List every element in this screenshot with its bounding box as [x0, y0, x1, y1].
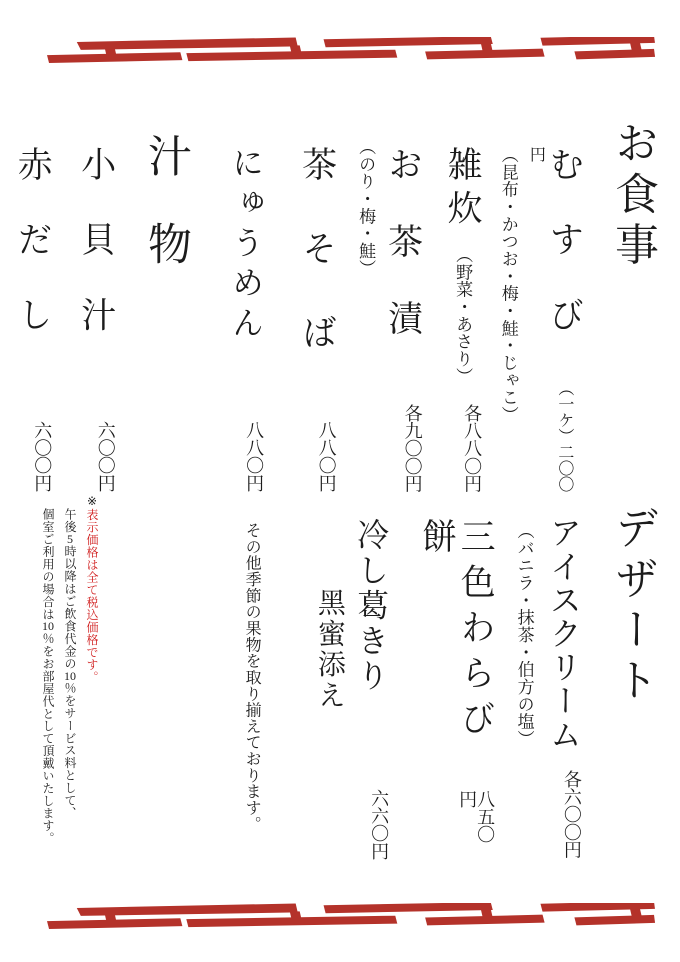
item-price: 六〇〇円 [76, 421, 115, 492]
item-name-column: お茶漬 各九〇〇円 [383, 112, 422, 492]
item-name: 赤だし [13, 146, 52, 372]
item-price: 各九〇〇円 [383, 404, 422, 492]
item-name: むすび [545, 146, 584, 372]
item-name: 茶そば [297, 146, 336, 398]
item-name: にゅうめん [228, 146, 263, 346]
item-name-column: 冷し葛きり 六六〇円 [353, 500, 388, 860]
room-charge-notice-line: 個室ご利用の場合は10％をお部屋代として頂戴いたします。 [40, 494, 55, 860]
decorative-border-top [45, 37, 657, 67]
item-note: （のり・梅・鮭） [356, 112, 376, 458]
item-name: お茶漬 [383, 146, 422, 377]
menu-item-akadashi: 赤だし 六〇〇円 [13, 112, 52, 458]
item-name: 冷し葛きり [353, 518, 388, 694]
item-name: 小貝汁 [76, 146, 115, 372]
menu-item-ochazuke: お茶漬 各九〇〇円 （のり・梅・鮭） [356, 112, 422, 458]
item-price: 八八〇円 [297, 421, 336, 492]
tax-notice-text: 表示価格は全て税込価格です。 [85, 508, 99, 683]
item-price: 八八〇円 [228, 421, 263, 492]
item-price: 各六〇〇円 [546, 770, 581, 858]
meals-heading: お食事 [609, 112, 655, 458]
item-name-column: アイスクリーム 各六〇〇円 [546, 500, 581, 858]
menu-item-zosui: 雑炊（野菜・あさり） 各八八〇円 [443, 112, 482, 458]
item-name: アイスクリーム [546, 516, 581, 751]
menu-item-nyumen: にゅうめん 八八〇円 [228, 112, 263, 458]
tax-notice-line: ※表示価格は全て税込価格です。 [84, 494, 99, 846]
item-note: （野菜・あさり） [453, 246, 472, 385]
item-subtitle: 黑蜜添え [314, 588, 345, 711]
item-price: 六六〇円 [353, 789, 388, 860]
menu-item-musubi: むすび（一ケ）二〇〇円 （昆布・かつお・梅・鮭・じゃこ） [498, 112, 583, 458]
item-price: 八五〇円 [417, 790, 494, 860]
menu-item-chasoba: 茶そば 八八〇円 [297, 112, 336, 458]
desserts-heading: デザート [609, 500, 655, 842]
menu-item-kogaijiru: 小貝汁 六〇〇円 [76, 112, 115, 458]
soups-heading: 汁物 [142, 112, 188, 458]
meals-section: お食事 むすび（一ケ）二〇〇円 （昆布・かつお・梅・鮭・じゃこ） 雑炊（野菜・あ… [0, 112, 655, 458]
menu-page: お食事 むすび（一ケ）二〇〇円 （昆布・かつお・梅・鮭・じゃこ） 雑炊（野菜・あ… [0, 0, 680, 962]
service-charge-notice-line: 午後5時以降はご飲食代金の10％をサービス料として、 [62, 494, 77, 860]
desserts-section: デザート アイスクリーム 各六〇〇円 （バニラ・抹茶・伯方の塩） 三色わらび餅 … [243, 500, 656, 842]
item-price: 各八八〇円 [443, 404, 482, 492]
price-notice: ※表示価格は全て税込価格です。 午後5時以降はご飲食代金の10％をサービス料とし… [40, 494, 99, 846]
item-name-column: むすび（一ケ）二〇〇円 [527, 112, 583, 492]
notice-marker: ※ [85, 494, 99, 508]
item-note: （昆布・かつお・梅・鮭・じゃこ） [498, 112, 518, 458]
menu-item-warabimochi: 三色わらび餅 八五〇円 [417, 500, 494, 842]
name-note-group: 雑炊（野菜・あさり） [443, 146, 482, 384]
menu-item-icecream: アイスクリーム 各六〇〇円 （バニラ・抹茶・伯方の塩） [514, 500, 581, 842]
menu-item-kuzukiri: 冷し葛きり 六六〇円 黑蜜添え [313, 500, 388, 842]
decorative-border-bottom [45, 903, 657, 933]
item-price: 六〇〇円 [13, 421, 52, 492]
item-name: 三色わらび餅 [417, 518, 494, 790]
item-note: （バニラ・抹茶・伯方の塩） [514, 500, 534, 842]
item-name: 雑炊 [443, 146, 482, 234]
seasonal-fruit-note: その他季節の果物を取り揃えております。 [243, 500, 261, 864]
